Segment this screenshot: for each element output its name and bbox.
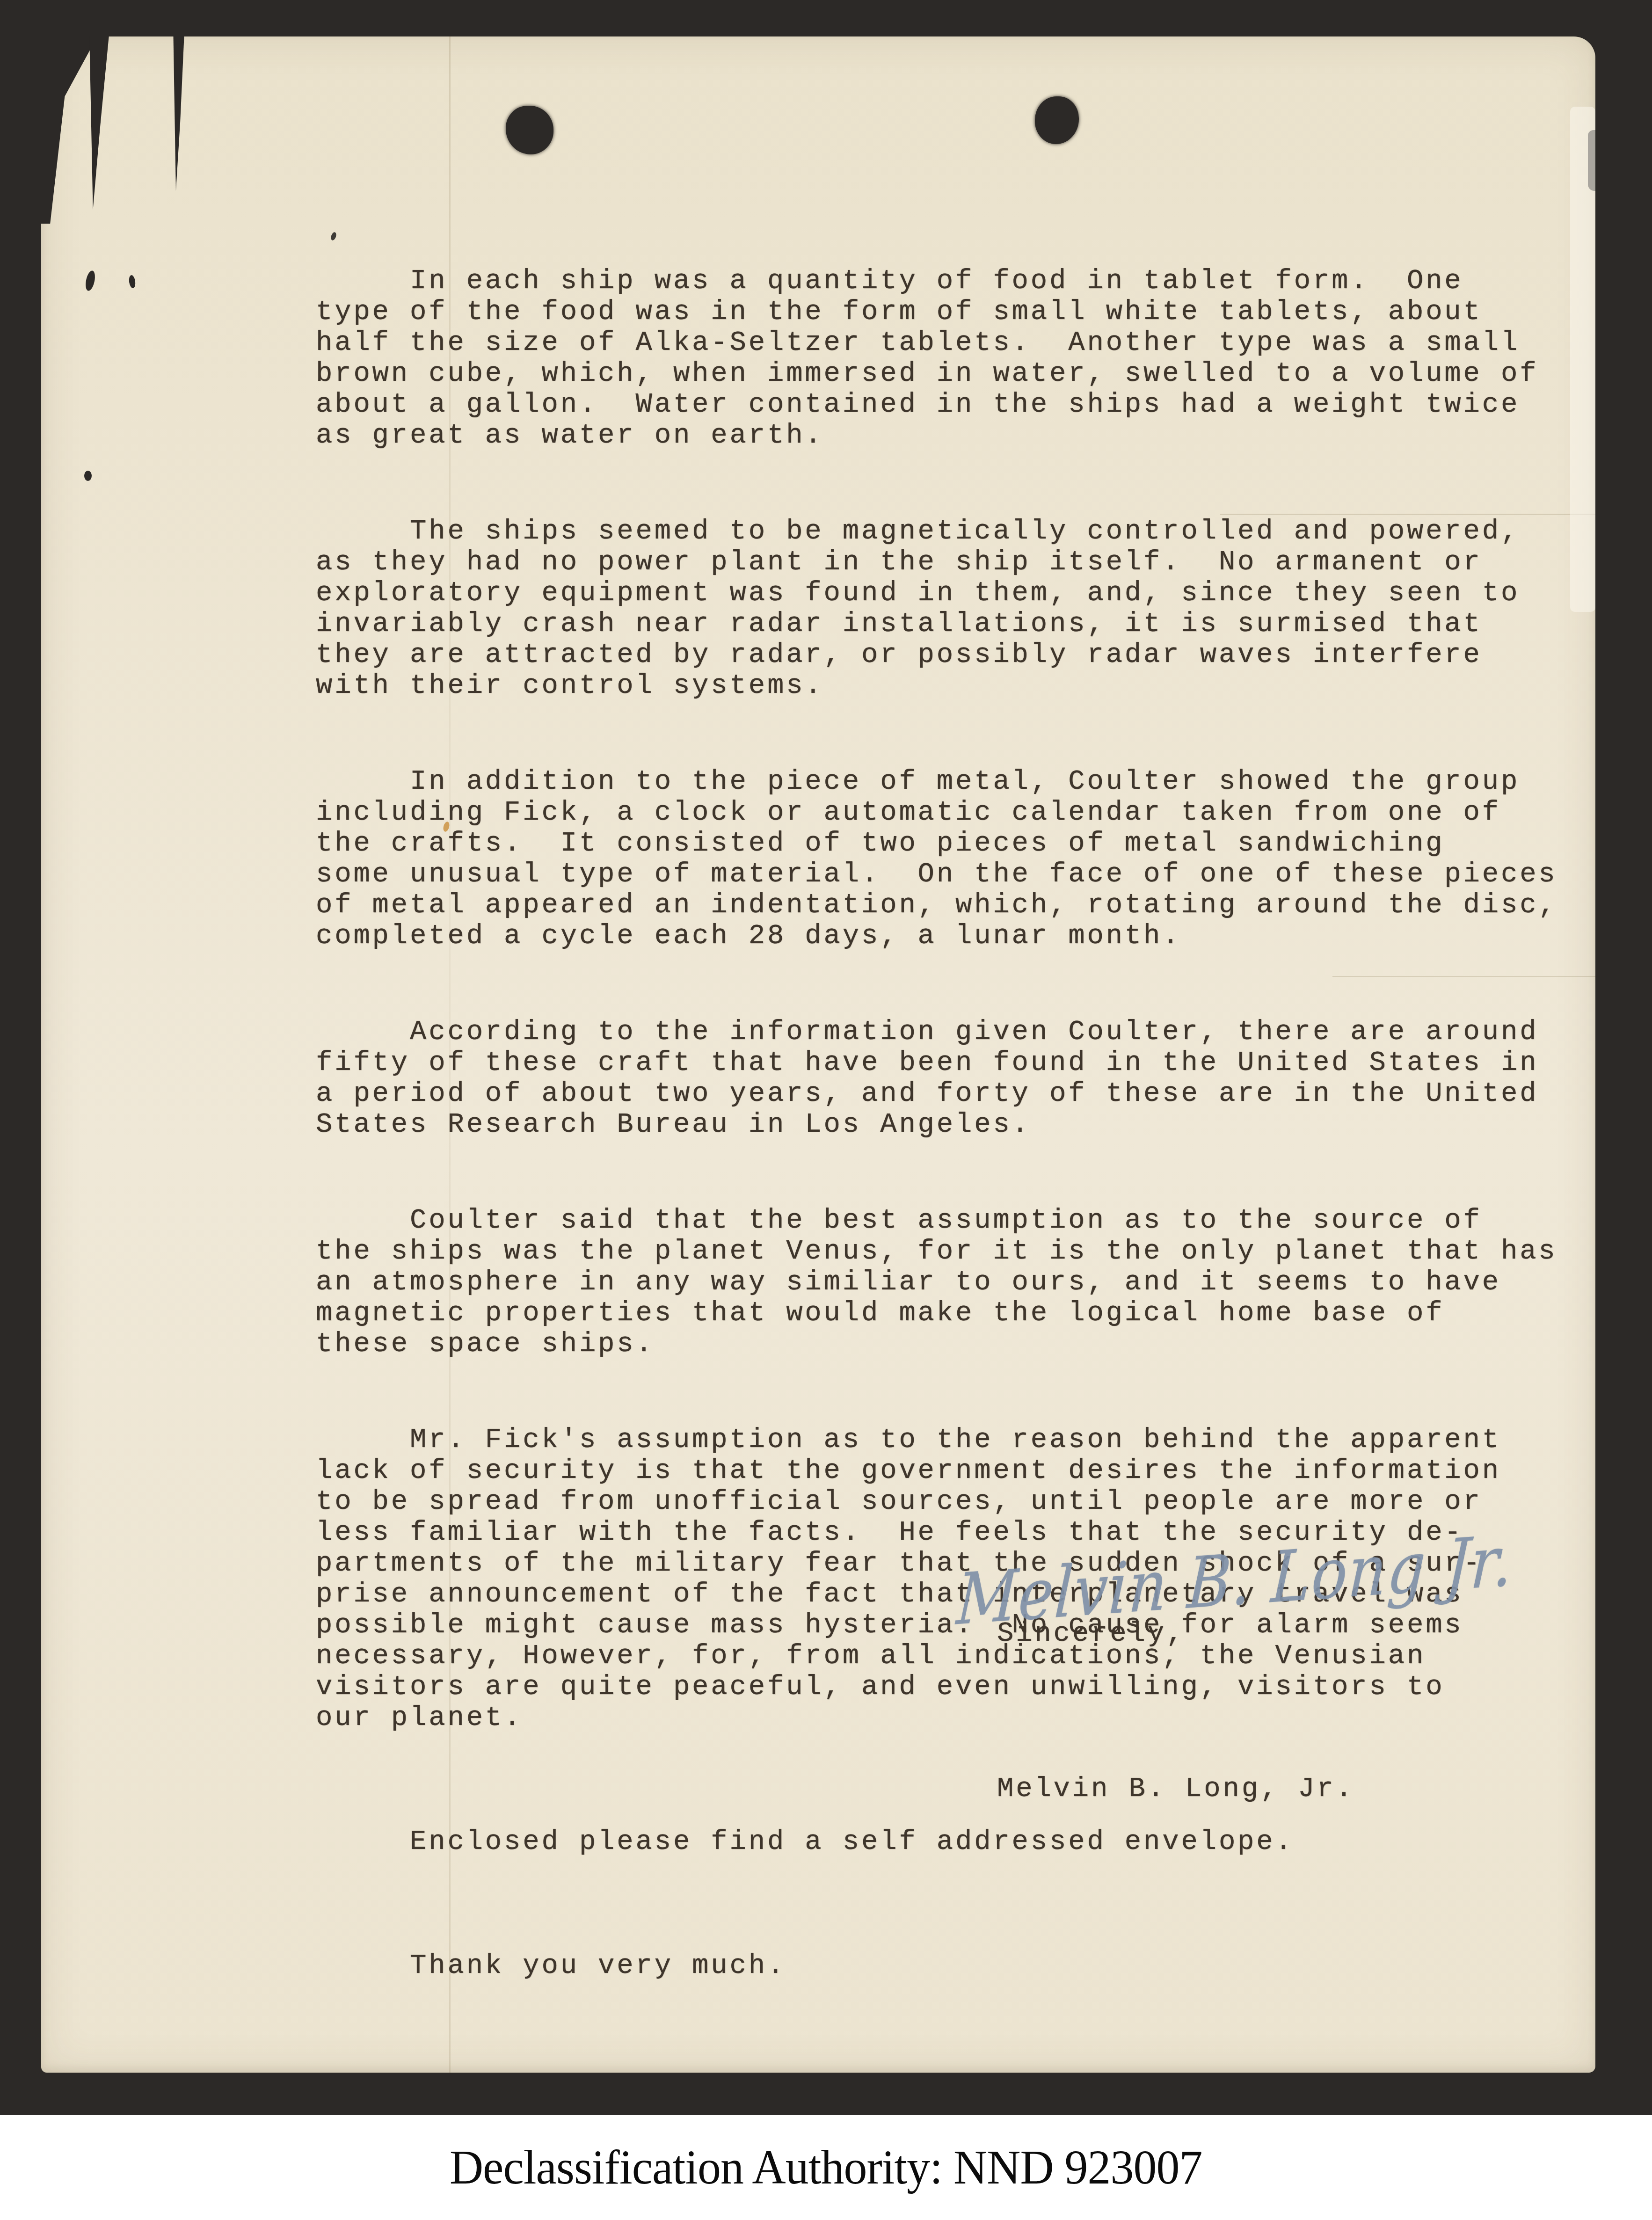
declassification-text: Declassification Authority: NND 923007 — [450, 2140, 1202, 2195]
paragraph-clock-calendar: In addition to the piece of metal, Coult… — [316, 766, 1598, 952]
paragraph-fifty-craft: According to the information given Coult… — [316, 1017, 1598, 1140]
declassification-footer: Declassification Authority: NND 923007 — [0, 2115, 1652, 2220]
closing-block: Sincerely, Melvin B. Long, Jr. Melvin B.… — [997, 1557, 1354, 1897]
paper-speck — [84, 471, 92, 481]
letter-body: In each ship was a quantity of food in t… — [316, 204, 1598, 2046]
scanned-letter-page: In each ship was a quantity of food in t… — [0, 0, 1652, 2220]
torn-edge-mark — [84, 36, 113, 210]
typed-name: Melvin B. Long, Jr. — [997, 1774, 1354, 1805]
paper-speck — [128, 275, 136, 289]
paragraph-venus-source: Coulter said that the best assumption as… — [316, 1205, 1598, 1360]
paragraph-food-tablets: In each ship was a quantity of food in t… — [316, 266, 1598, 451]
punch-hole-left — [506, 106, 553, 154]
paragraph-magnetic-control: The ships seemed to be magnetically cont… — [316, 516, 1598, 701]
thanks-line: Thank you very much. — [316, 1951, 1598, 1981]
torn-corner-mark — [41, 36, 97, 224]
torn-edge-mark — [168, 36, 188, 191]
punch-hole-right — [1035, 96, 1079, 144]
enclosure-line: Enclosed please find a self addressed en… — [316, 1827, 1598, 1857]
letter-paper: In each ship was a quantity of food in t… — [41, 36, 1595, 2073]
paper-speck — [84, 270, 97, 292]
